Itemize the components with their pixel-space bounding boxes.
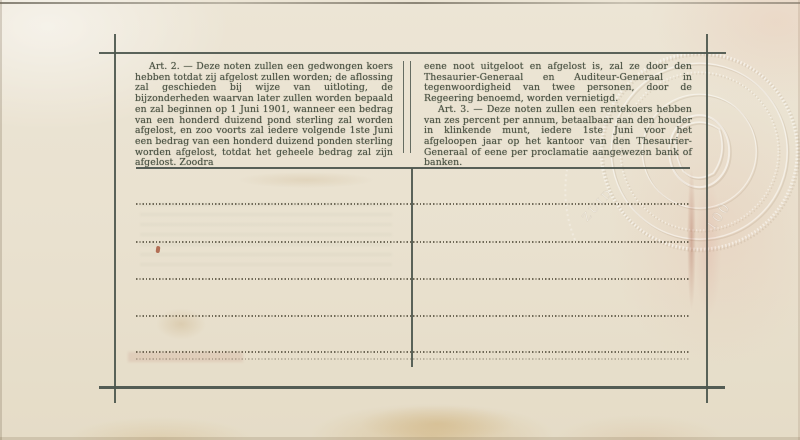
- endorsement-center-divider: [411, 168, 413, 367]
- endorsement-dotted-line: [136, 203, 690, 205]
- article-3-column: eene noot uitgeloot en afgelost is, zal …: [424, 62, 692, 169]
- article-2-continuation-text: eene noot uitgeloot en afgelost is, zal …: [424, 62, 692, 105]
- show-through-red-smudge: [128, 352, 243, 362]
- frame-line-top: [99, 52, 726, 54]
- endorsement-dotted-line: [136, 278, 690, 280]
- note-left-edge: [0, 0, 2, 440]
- banknote-back-scan: ZUID 100 Art. 2. — Deze noten zullen een…: [0, 0, 800, 440]
- endorsement-section-top-rule: [136, 167, 690, 169]
- frame-line-right: [706, 34, 708, 403]
- frame-line-bottom: [99, 386, 725, 389]
- tan-stain: [156, 308, 206, 340]
- frame-line-left: [114, 34, 116, 403]
- tan-stain: [238, 172, 374, 188]
- seal-ring-text: ZUID: [580, 186, 616, 224]
- endorsement-dotted-line: [136, 241, 690, 243]
- red-fleck-stain: [156, 246, 160, 253]
- article-2-column: Art. 2. — Deze noten zullen een gedwonge…: [135, 62, 393, 169]
- endorsement-dotted-line: [136, 351, 690, 353]
- endorsement-dotted-line-faint: [136, 358, 690, 360]
- article-3-text: Art. 3. — Deze noten zullen een rentekoe…: [424, 105, 692, 169]
- show-through-text-smudge: [140, 196, 392, 266]
- article-2-text: Art. 2. — Deze noten zullen een gedwonge…: [135, 62, 393, 169]
- endorsement-dotted-line: [136, 315, 690, 317]
- column-divider-double-rule: [403, 61, 411, 153]
- water-stain: [330, 396, 545, 440]
- note-top-edge: [0, 2, 800, 4]
